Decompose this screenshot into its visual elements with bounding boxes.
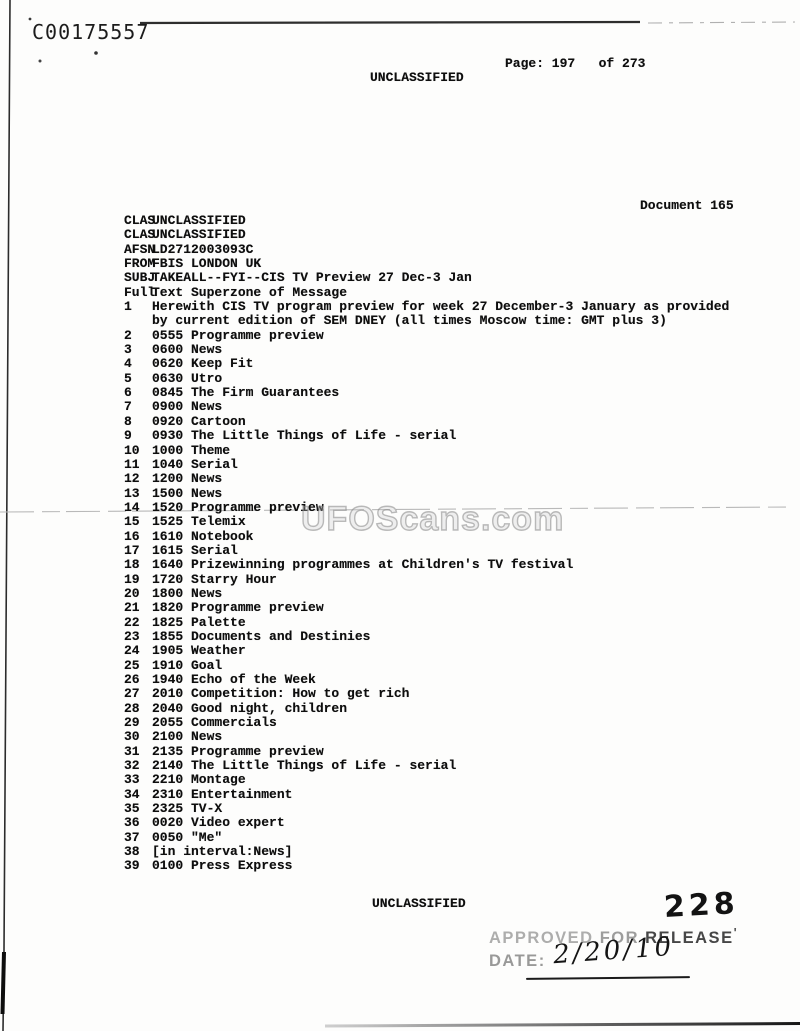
field-value: TAKEALL--FYI--CIS TV Preview 27 Dec-3 Ja… <box>152 271 472 285</box>
listing-row: 28 2040 Good night, children <box>124 702 729 716</box>
program-listing: 1 Herewith CIS TV program preview for we… <box>124 300 729 874</box>
field-value: FBIS LONDON UK <box>152 257 261 271</box>
listing-row: 32 2140 The Little Things of Life - seri… <box>124 759 729 773</box>
field-value: LD2712003093C <box>152 243 253 257</box>
line-number: 27 <box>124 687 152 701</box>
line-number: 8 <box>124 415 152 429</box>
listing-row: 9 0930 The Little Things of Life - seria… <box>124 429 729 443</box>
line-number: 19 <box>124 573 152 587</box>
line-text: 2055 Commercials <box>152 716 277 730</box>
line-text: 0555 Programme preview <box>152 329 324 343</box>
line-text: 2140 The Little Things of Life - serial <box>152 759 456 773</box>
listing-row: 5 0630 Utro <box>124 372 729 386</box>
line-number: 2 <box>124 329 152 343</box>
line-number: 23 <box>124 630 152 644</box>
listing-row: 18 1640 Prizewinning programmes at Child… <box>124 558 729 572</box>
listing-row: 33 2210 Montage <box>124 773 729 787</box>
listing-row: 17 1615 Serial <box>124 544 729 558</box>
line-text: 1000 Theme <box>152 444 230 458</box>
line-number: 21 <box>124 601 152 615</box>
line-text: 0620 Keep Fit <box>152 357 253 371</box>
line-text: Herewith CIS TV program preview for week… <box>152 300 729 314</box>
listing-row: 6 0845 The Firm Guarantees <box>124 386 729 400</box>
listing-row: by current edition of SEM DNEY (all time… <box>124 314 729 328</box>
watermark: UFOScans.com <box>301 500 564 539</box>
line-number: 29 <box>124 716 152 730</box>
line-text: 1640 Prizewinning programmes at Children… <box>152 558 573 572</box>
line-number: 1 <box>124 300 152 314</box>
listing-row: 11 1040 Serial <box>124 458 729 472</box>
header-fields: CLAS UNCLASSIFIED CLAS UNCLASSIFIED AFSN… <box>124 214 729 300</box>
line-number: 30 <box>124 730 152 744</box>
line-text: 2100 News <box>152 730 222 744</box>
field-label: FROM <box>124 257 152 271</box>
line-number: 14 <box>124 501 152 515</box>
listing-row: 27 2010 Competition: How to get rich <box>124 687 729 701</box>
line-number: 20 <box>124 587 152 601</box>
line-text: 0920 Cartoon <box>152 415 246 429</box>
line-text: 2010 Competition: How to get rich <box>152 687 409 701</box>
header-field-row: AFSN LD2712003093C <box>124 243 729 257</box>
listing-row: 7 0900 News <box>124 400 729 414</box>
stamp-stray-tick: ' <box>734 925 739 940</box>
line-text: 2135 Programme preview <box>152 745 324 759</box>
listing-row: 35 2325 TV-X <box>124 802 729 816</box>
line-text: 1910 Goal <box>152 659 222 673</box>
line-number: 4 <box>124 357 152 371</box>
handwritten-page-number: 228 <box>663 886 739 925</box>
listing-row: 20 1800 News <box>124 587 729 601</box>
listing-row: 38 [in interval:News] <box>124 845 729 859</box>
line-number: 6 <box>124 386 152 400</box>
line-number: 33 <box>124 773 152 787</box>
field-value: UNCLASSIFIED <box>152 214 246 228</box>
line-number: 22 <box>124 616 152 630</box>
line-text: 0020 Video expert <box>152 816 285 830</box>
line-number: 12 <box>124 472 152 486</box>
line-text: 1040 Serial <box>152 458 238 472</box>
line-text: 0100 Press Express <box>152 859 292 873</box>
listing-row: 1 Herewith CIS TV program preview for we… <box>124 300 729 314</box>
line-text: 2325 TV-X <box>152 802 222 816</box>
line-text: 0845 The Firm Guarantees <box>152 386 339 400</box>
line-text: 1500 News <box>152 487 222 501</box>
line-number: 3 <box>124 343 152 357</box>
scan-id: C00175557 <box>32 20 149 44</box>
line-number <box>124 314 152 328</box>
line-number: 36 <box>124 816 152 830</box>
line-text: 2210 Montage <box>152 773 246 787</box>
line-number: 18 <box>124 558 152 572</box>
header-field-row: Full Text Superzone of Message <box>124 286 729 300</box>
listing-row: 30 2100 News <box>124 730 729 744</box>
line-number: 17 <box>124 544 152 558</box>
line-text: 1525 Telemix <box>152 515 246 529</box>
field-label: CLAS <box>124 214 152 228</box>
line-number: 5 <box>124 372 152 386</box>
line-number: 15 <box>124 515 152 529</box>
classification-banner-top: UNCLASSIFIED <box>370 70 464 85</box>
line-number: 25 <box>124 659 152 673</box>
listing-row: 25 1910 Goal <box>124 659 729 673</box>
listing-row: 3 0600 News <box>124 343 729 357</box>
page-counter: Page: 197 of 273 <box>505 56 645 71</box>
date-underline <box>526 976 690 980</box>
document-page: C00175557 Page: 197 of 273 UNCLASSIFIED … <box>0 0 800 1031</box>
line-text: 1520 Programme preview <box>152 501 324 515</box>
line-number: 37 <box>124 831 152 845</box>
line-text: [in interval:News] <box>152 845 292 859</box>
line-number: 26 <box>124 673 152 687</box>
line-text: by current edition of SEM DNEY (all time… <box>152 314 667 328</box>
line-text: 1800 News <box>152 587 222 601</box>
header-field-row: CLAS UNCLASSIFIED <box>124 214 729 228</box>
line-number: 7 <box>124 400 152 414</box>
stamp-date-label: DATE: <box>489 952 546 971</box>
listing-row: 13 1500 News <box>124 487 729 501</box>
line-text: 1200 News <box>152 472 222 486</box>
line-text: 1615 Serial <box>152 544 238 558</box>
line-text: 0600 News <box>152 343 222 357</box>
classification-banner-bottom: UNCLASSIFIED <box>372 896 466 911</box>
field-value: UNCLASSIFIED <box>152 228 246 242</box>
line-number: 34 <box>124 788 152 802</box>
listing-row: 22 1825 Palette <box>124 616 729 630</box>
field-label: SUBJ <box>124 271 152 285</box>
listing-row: 10 1000 Theme <box>124 444 729 458</box>
listing-row: 8 0920 Cartoon <box>124 415 729 429</box>
line-text: 0930 The Little Things of Life - serial <box>152 429 456 443</box>
line-text: 1905 Weather <box>152 644 246 658</box>
line-text: 1825 Palette <box>152 616 246 630</box>
listing-row: 21 1820 Programme preview <box>124 601 729 615</box>
line-number: 13 <box>124 487 152 501</box>
line-number: 31 <box>124 745 152 759</box>
field-label: CLAS <box>124 228 152 242</box>
line-number: 39 <box>124 859 152 873</box>
line-text: 0630 Utro <box>152 372 222 386</box>
listing-row: 4 0620 Keep Fit <box>124 357 729 371</box>
line-number: 32 <box>124 759 152 773</box>
field-value: Text Superzone of Message <box>152 286 347 300</box>
line-text: 0050 "Me" <box>152 831 222 845</box>
listing-row: 39 0100 Press Express <box>124 859 729 873</box>
line-text: 2310 Entertainment <box>152 788 292 802</box>
line-text: 1720 Starry Hour <box>152 573 277 587</box>
listing-row: 36 0020 Video expert <box>124 816 729 830</box>
listing-row: 24 1905 Weather <box>124 644 729 658</box>
line-number: 16 <box>124 530 152 544</box>
listing-row: 2 0555 Programme preview <box>124 329 729 343</box>
line-number: 35 <box>124 802 152 816</box>
line-number: 11 <box>124 458 152 472</box>
header-field-row: FROM FBIS LONDON UK <box>124 257 729 271</box>
line-text: 1610 Notebook <box>152 530 253 544</box>
line-number: 38 <box>124 845 152 859</box>
listing-row: 37 0050 "Me" <box>124 831 729 845</box>
header-field-row: SUBJ TAKEALL--FYI--CIS TV Preview 27 Dec… <box>124 271 729 285</box>
listing-row: 19 1720 Starry Hour <box>124 573 729 587</box>
line-text: 0900 News <box>152 400 222 414</box>
field-label: Full <box>124 286 152 300</box>
line-text: 1940 Echo of the Week <box>152 673 316 687</box>
line-text: 1855 Documents and Destinies <box>152 630 370 644</box>
line-text: 1820 Programme preview <box>152 601 324 615</box>
listing-row: 12 1200 News <box>124 472 729 486</box>
header-field-row: CLAS UNCLASSIFIED <box>124 228 729 242</box>
field-label: AFSN <box>124 243 152 257</box>
listing-row: 31 2135 Programme preview <box>124 745 729 759</box>
listing-row: 23 1855 Documents and Destinies <box>124 630 729 644</box>
document-body: CLAS UNCLASSIFIED CLAS UNCLASSIFIED AFSN… <box>124 214 729 874</box>
listing-row: 29 2055 Commercials <box>124 716 729 730</box>
line-number: 28 <box>124 702 152 716</box>
listing-row: 26 1940 Echo of the Week <box>124 673 729 687</box>
line-number: 24 <box>124 644 152 658</box>
document-number: Document 165 <box>640 198 734 213</box>
listing-row: 34 2310 Entertainment <box>124 788 729 802</box>
line-number: 9 <box>124 429 152 443</box>
line-number: 10 <box>124 444 152 458</box>
line-text: 2040 Good night, children <box>152 702 347 716</box>
